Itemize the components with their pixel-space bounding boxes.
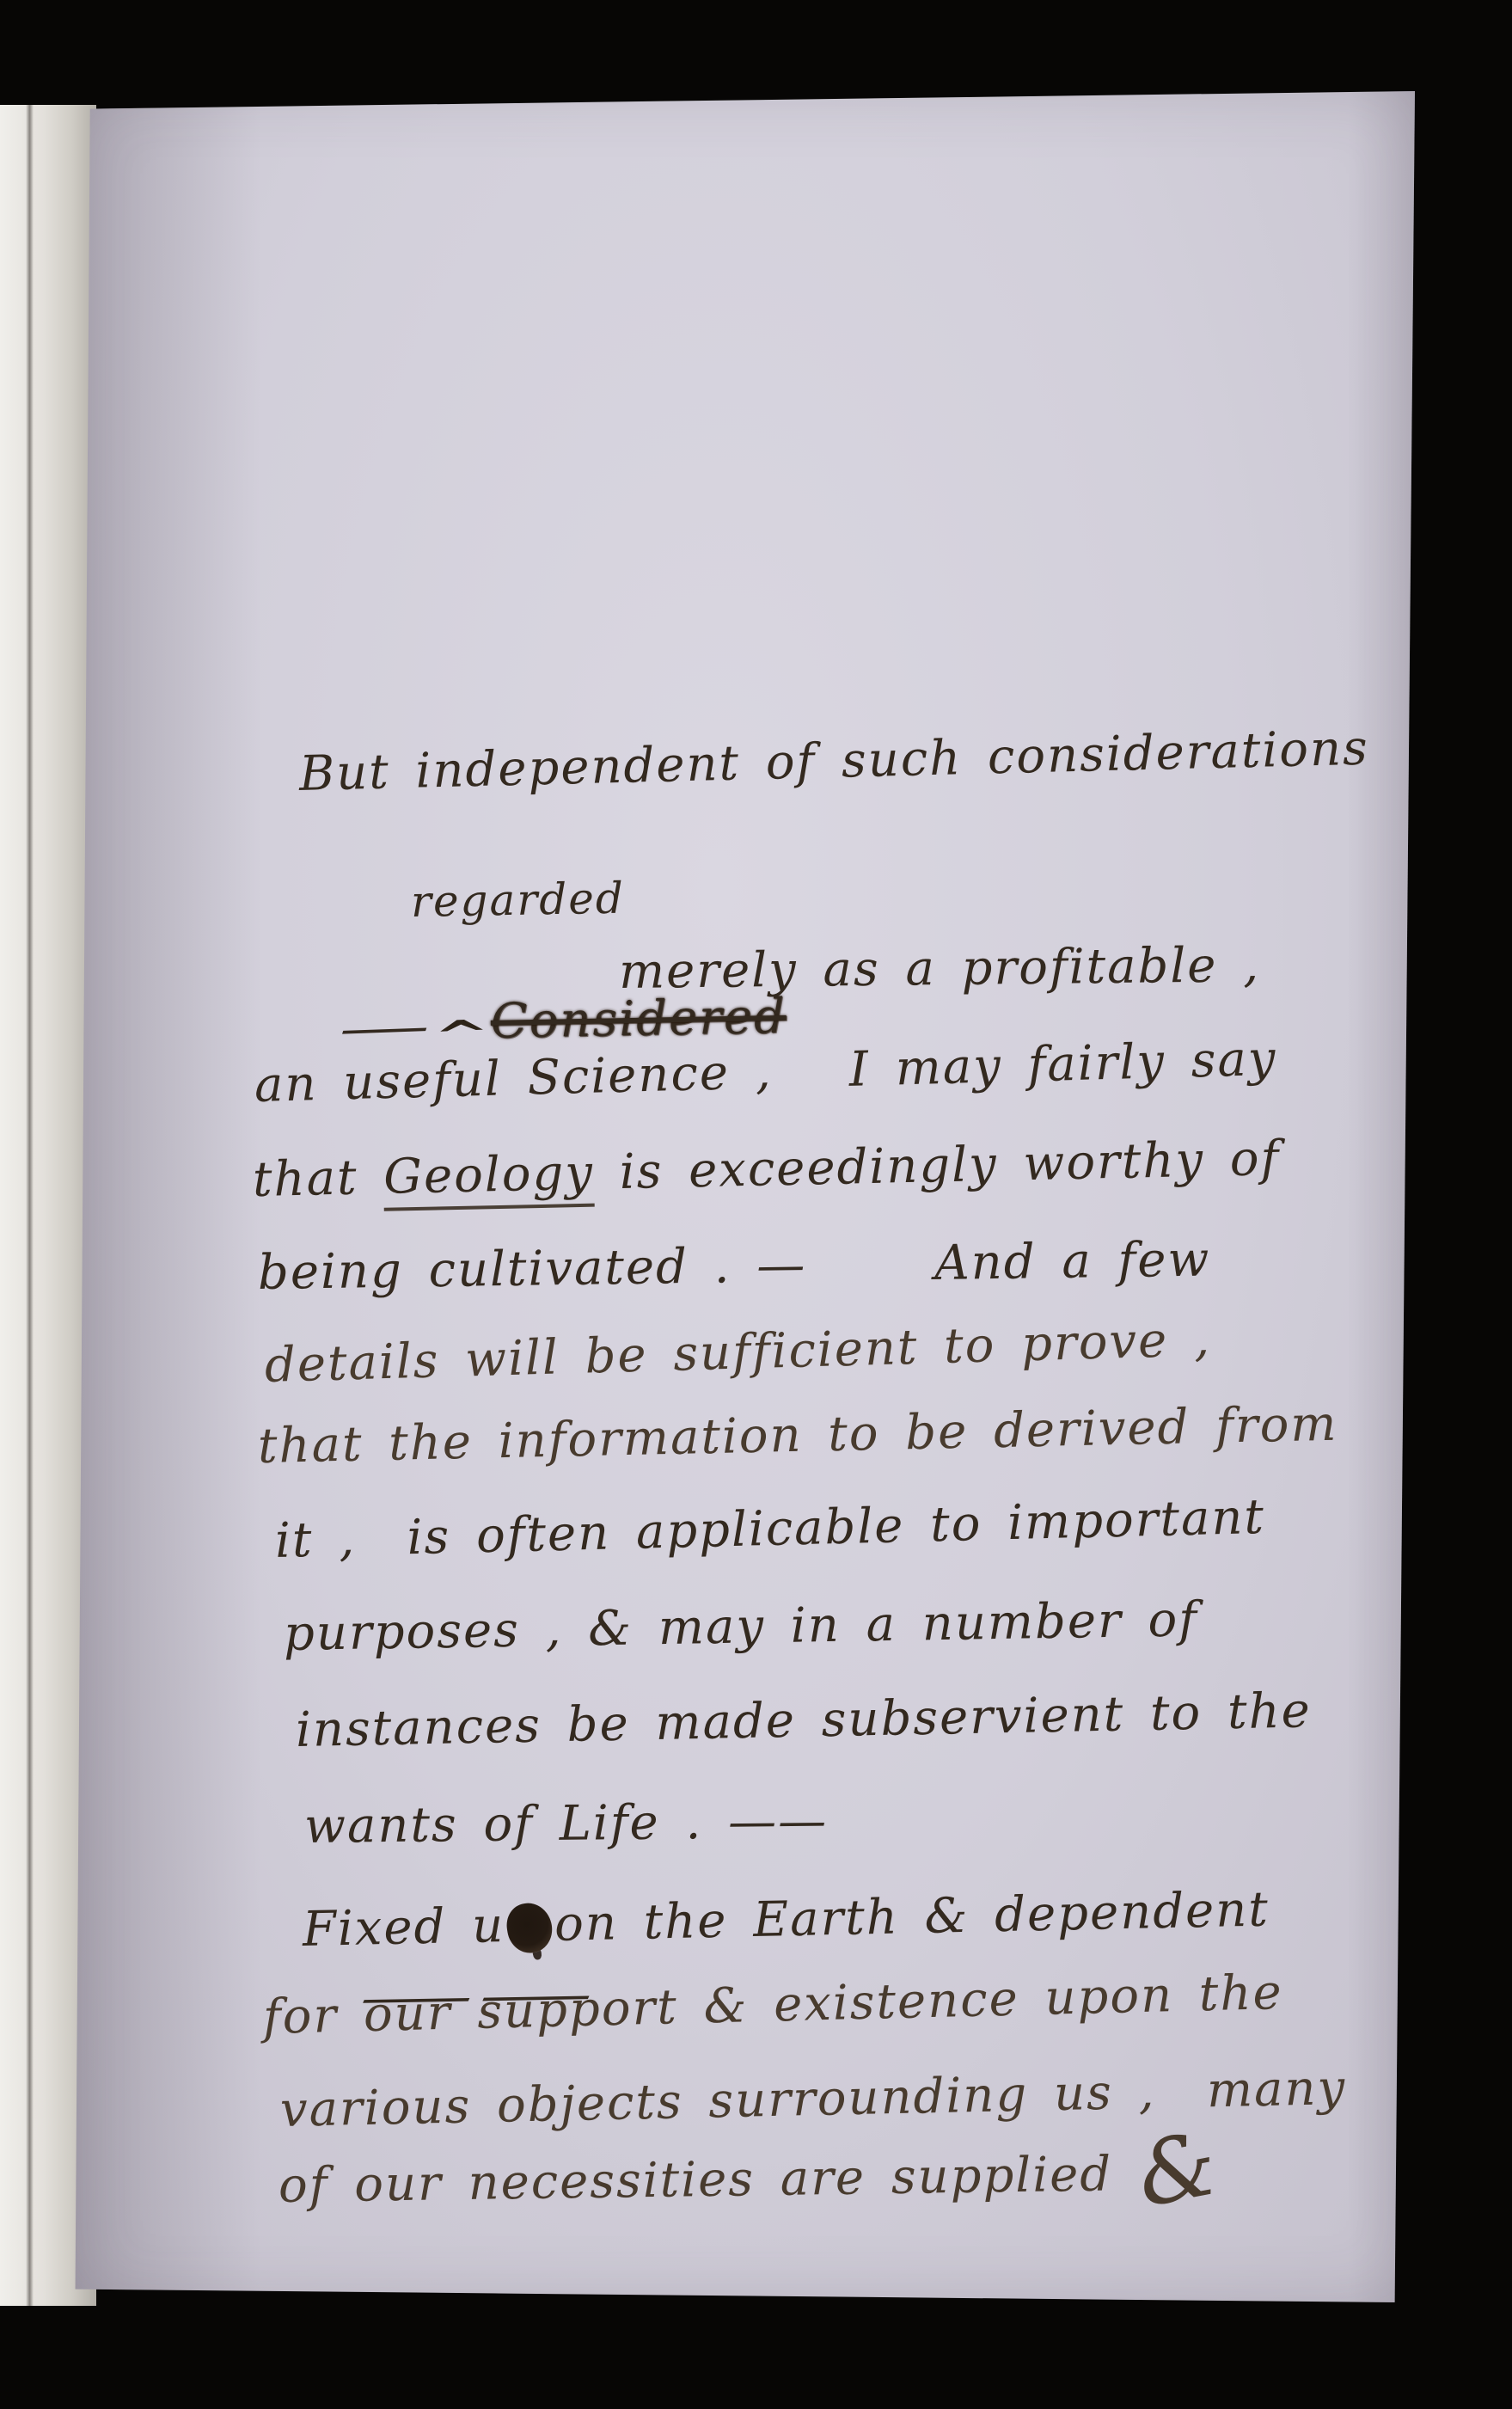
ink-blot xyxy=(504,1900,556,1957)
handwritten-line-12: wants of Life . —— xyxy=(304,1793,829,1854)
binding-crease xyxy=(26,105,34,2306)
photo-background: ‹ › But independent of such consideratio… xyxy=(0,0,1512,2409)
handwritten-line-09: it , is often applicable to important xyxy=(274,1489,1265,1569)
handwritten-line-07: details will be sufficient to prove , xyxy=(264,1311,1212,1394)
handwritten-line-08: that the information to be derived from xyxy=(257,1396,1338,1474)
handwritten-line-13: Fixed uon the Earth & dependent xyxy=(302,1881,1270,1958)
handwritten-line-05: that Geology is exceedingly worthy of xyxy=(252,1131,1281,1208)
handwritten-line-16: of our necessities are supplied & xyxy=(279,2145,1219,2214)
handwritten-line-01: But independent of such considerations xyxy=(298,720,1369,802)
flourished-ampersand: & xyxy=(1139,2163,1217,2178)
underlined-word: Geology xyxy=(383,1145,595,1211)
inserted-word: regarded xyxy=(410,873,625,927)
handwritten-line-03: merely as a profitable , xyxy=(619,937,1261,1000)
handwritten-line-06: being cultivated . — And a few xyxy=(258,1232,1211,1301)
handwritten-line-11: instances be made subservient to the xyxy=(295,1683,1312,1758)
handwritten-line-10: purposes , & may in a number of xyxy=(283,1591,1198,1662)
manuscript-page: ‹ › But independent of such consideratio… xyxy=(74,91,1415,2302)
